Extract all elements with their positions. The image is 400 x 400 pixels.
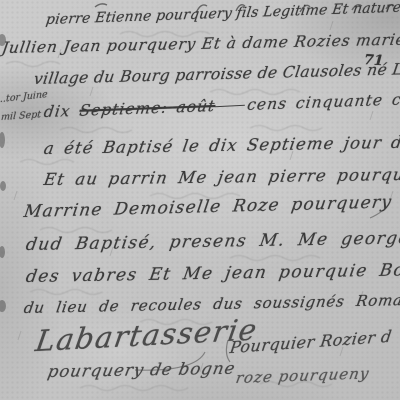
manuscript-line-3: village du Bourg parroisse de Clausoles … — [33, 60, 400, 88]
strikethrough-text: Septieme: août — [78, 97, 216, 120]
manuscript-line-7: Marrine Demoiselle Roze pourquery tan — [22, 191, 400, 222]
margin-note-line-1: ..tor Juine — [0, 89, 48, 105]
signature-roze-pourqueny: roze pourqueny — [234, 364, 371, 387]
manuscript-line-4: dix Septieme: aoûtcens cinquante cinq — [43, 89, 400, 121]
manuscript-page: 71 ..tor Juine mil Sept pierre Etienne p… — [0, 0, 400, 400]
manuscript-line-8: dud Baptisé, presens M. Me george R — [24, 228, 400, 255]
manuscript-line-6: Et au parrin Me jean pierre pourquery — [42, 165, 400, 190]
manuscript-line-1: pierre Etienne pourquery fils Legitime E… — [45, 0, 400, 28]
signature-labartasserie: Labartasserie — [33, 312, 260, 358]
line4-post-text: cens cinquante cinq — [246, 89, 400, 113]
signature-pourquery-de-bogne: pourquery de bogne — [46, 359, 237, 381]
line4-pre-text: dix — [43, 102, 81, 121]
manuscript-line-10: du lieu de recoules dus soussignés Romai… — [23, 291, 400, 317]
manuscript-line-9: des vabres Et Me jean pourquie Bourg — [24, 260, 400, 287]
manuscript-line-5: a été Baptisé le dix Septieme jour dud — [42, 132, 400, 158]
strike-extension-mark — [215, 104, 245, 107]
margin-note-line-2: mil Sept — [1, 109, 42, 123]
manuscript-line-2: Jullien Jean pourquery Et à dame Rozies … — [1, 30, 400, 57]
